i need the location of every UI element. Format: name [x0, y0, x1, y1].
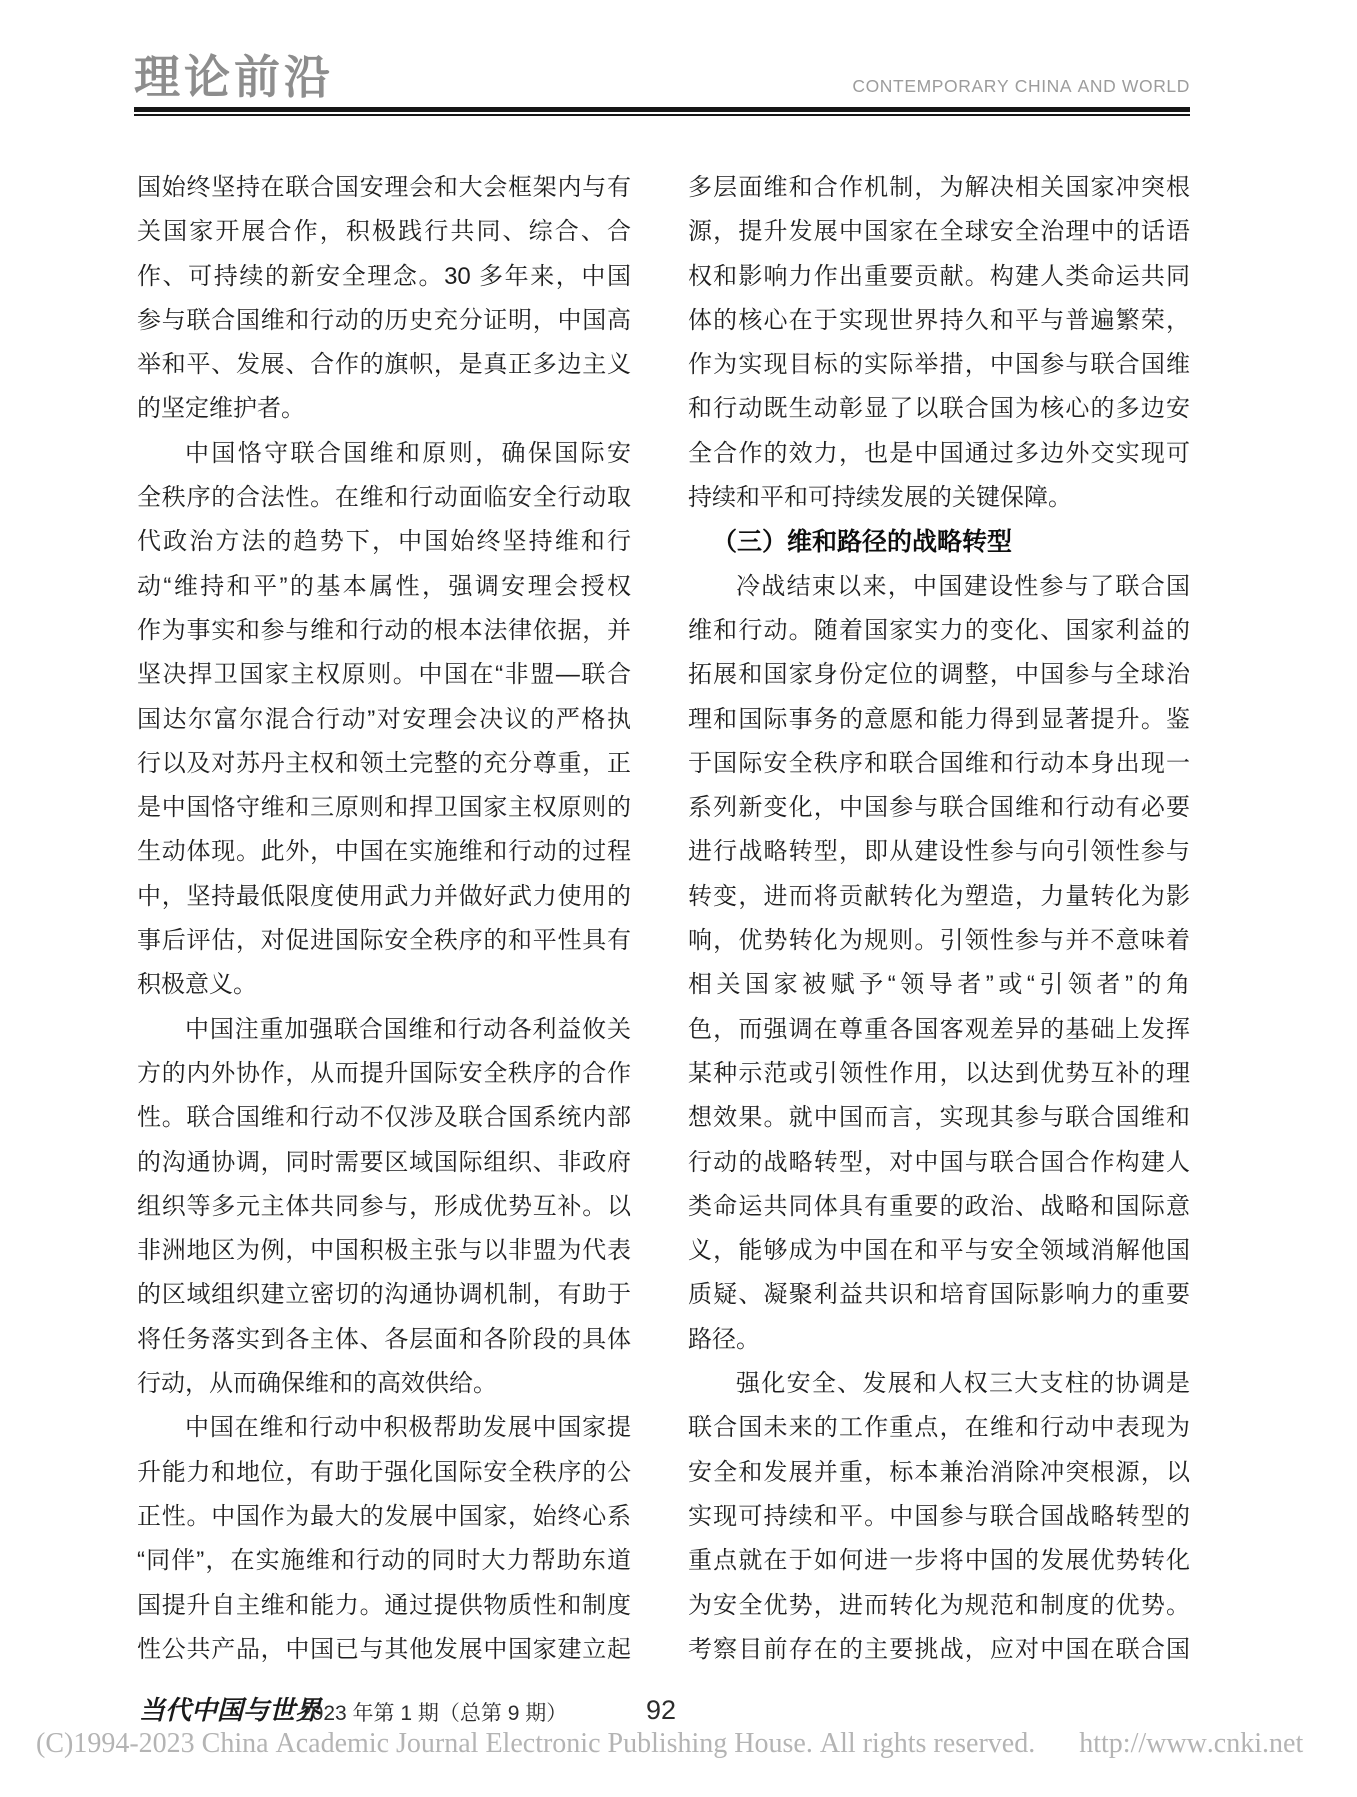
text-line: 的沟通协调，同时需要区域国际组织、非政府	[137, 1141, 631, 1185]
text-line: 拓展和国家身份定位的调整，中国参与全球治	[688, 653, 1190, 697]
text-line: 作为实现目标的实际举措，中国参与联合国维	[688, 343, 1190, 387]
text-line: 质疑、凝聚利益共识和培育国际影响力的重要	[688, 1273, 1190, 1317]
copyright-line: (C)1994-2023 China Academic Journal Elec…	[36, 1729, 1196, 1760]
header-rule-thick	[134, 107, 1190, 112]
text-line: 相关国家被赋予“领导者”或“引领者”的角	[688, 963, 1190, 1007]
text-line: 路径。	[688, 1318, 1190, 1362]
text-line: “同伴”，在实施维和行动的同时大力帮助东道	[137, 1539, 631, 1583]
text-line: 体的核心在于实现世界持久和平与普遍繁荣，	[688, 299, 1190, 343]
text-line: 的区域组织建立密切的沟通协调机制，有助于	[137, 1273, 631, 1317]
text-line: 某种示范或引领性作用，以达到优势互补的理	[688, 1052, 1190, 1096]
text-line: 类命运共同体具有重要的政治、战略和国际意	[688, 1185, 1190, 1229]
text-line: 组织等多元主体共同参与，形成优势互补。以	[137, 1185, 631, 1229]
text-line: 重点就在于如何进一步将中国的发展优势转化	[688, 1539, 1190, 1583]
text-line: 权和影响力作出重要贡献。构建人类命运共同	[688, 255, 1190, 299]
text-line: 参与联合国维和行动的历史充分证明，中国高	[137, 299, 631, 343]
text-line: 持续和平和可持续发展的关键保障。	[688, 476, 1190, 520]
text-line: 色，而强调在尊重各国客观差异的基础上发挥	[688, 1008, 1190, 1052]
text-line: 关国家开展合作，积极践行共同、综合、合	[137, 210, 631, 254]
text-line: 的坚定维护者。	[137, 387, 631, 431]
text-line: 性公共产品，中国已与其他发展中国家建立起	[137, 1628, 631, 1672]
text-line: 坚决捍卫国家主权原则。中国在“非盟—联合	[137, 653, 631, 697]
text-line: 作为事实和参与维和行动的根本法律依据，并	[137, 609, 631, 653]
text-line: 多层面维和合作机制，为解决相关国家冲突根	[688, 166, 1190, 210]
text-line: 性。联合国维和行动不仅涉及联合国系统内部	[137, 1096, 631, 1140]
section-title: 理论前沿	[134, 54, 334, 100]
text-line: 国始终坚持在联合国安理会和大会框架内与有	[137, 166, 631, 210]
text-line: 动“维持和平”的基本属性，强调安理会授权	[137, 565, 631, 609]
text-line: 是中国恪守维和三原则和捍卫国家主权原则的	[137, 786, 631, 830]
text-line: 中国在维和行动中积极帮助发展中国家提	[137, 1406, 631, 1450]
text-line: 举和平、发展、合作的旗帜，是真正多边主义	[137, 343, 631, 387]
text-line: 行动，从而确保维和的高效供给。	[137, 1362, 631, 1406]
text-line: 积极意义。	[137, 963, 631, 1007]
journal-name-cn: 当代中国与世界	[139, 1697, 321, 1726]
text-line: 响，优势转化为规则。引领性参与并不意味着	[688, 919, 1190, 963]
text-line: 行动的战略转型，对中国与联合国合作构建人	[688, 1141, 1190, 1185]
subsection-heading: （三）维和路径的战略转型	[688, 520, 1190, 564]
text-line: 中，坚持最低限度使用武力并做好武力使用的	[137, 875, 631, 919]
text-line: 转变，进而将贡献转化为塑造，力量转化为影	[688, 875, 1190, 919]
text-line: 国达尔富尔混合行动”对安理会决议的严格执	[137, 698, 631, 742]
header-rule	[134, 107, 1190, 116]
text-line: 维和行动。随着国家实力的变化、国家利益的	[688, 609, 1190, 653]
text-line: 源，提升发展中国家在全球安全治理中的话语	[688, 210, 1190, 254]
text-line: 方的内外协作，从而提升国际安全秩序的合作	[137, 1052, 631, 1096]
text-line: 全合作的效力，也是中国通过多边外交实现可	[688, 432, 1190, 476]
text-line: 代政治方法的趋势下，中国始终坚持维和行	[137, 520, 631, 564]
text-line: 想效果。就中国而言，实现其参与联合国维和	[688, 1096, 1190, 1140]
header-rule-thin	[134, 114, 1190, 116]
text-line: 和行动既生动彰显了以联合国为核心的多边安	[688, 387, 1190, 431]
text-column-left: 国始终坚持在联合国安理会和大会框架内与有关国家开展合作，积极践行共同、综合、合作…	[137, 166, 631, 1672]
text-line: 强化安全、发展和人权三大支柱的协调是	[688, 1362, 1190, 1406]
text-line: 系列新变化，中国参与联合国维和行动有必要	[688, 786, 1190, 830]
text-line: 正性。中国作为最大的发展中国家，始终心系	[137, 1495, 631, 1539]
text-line: 理和国际事务的意愿和能力得到显著提升。鉴	[688, 698, 1190, 742]
text-line: 全秩序的合法性。在维和行动面临安全行动取	[137, 476, 631, 520]
text-line: 非洲地区为例，中国积极主张与以非盟为代表	[137, 1229, 631, 1273]
text-line: 联合国未来的工作重点，在维和行动中表现为	[688, 1406, 1190, 1450]
text-line: 行以及对苏丹主权和领土完整的充分尊重，正	[137, 742, 631, 786]
text-line: 为安全优势，进而转化为规范和制度的优势。	[688, 1584, 1190, 1628]
cnki-url: http://www.cnki.net	[1079, 1729, 1303, 1760]
text-line: 义，能够成为中国在和平与安全领域消解他国	[688, 1229, 1190, 1273]
text-line: 实现可持续和平。中国参与联合国战略转型的	[688, 1495, 1190, 1539]
issue-info: 2023 年第 1 期（总第 9 期）	[300, 1702, 567, 1725]
text-line: 事后评估，对促进国际安全秩序的和平性具有	[137, 919, 631, 963]
journal-name-en: CONTEMPORARY CHINA AND WORLD	[852, 78, 1190, 96]
text-line: 安全和发展并重，标本兼治消除冲突根源，以	[688, 1451, 1190, 1495]
text-line: 作、可持续的新安全理念。30 多年来，中国	[137, 255, 631, 299]
text-line: 将任务落实到各主体、各层面和各阶段的具体	[137, 1318, 631, 1362]
text-line: 考察目前存在的主要挑战，应对中国在联合国	[688, 1628, 1190, 1672]
text-line: 中国注重加强联合国维和行动各利益攸关	[137, 1008, 631, 1052]
page-number: 92	[646, 1696, 676, 1726]
text-line: 国提升自主维和能力。通过提供物质性和制度	[137, 1584, 631, 1628]
text-line: 中国恪守联合国维和原则，确保国际安	[137, 432, 631, 476]
text-line: 生动体现。此外，中国在实施维和行动的过程	[137, 830, 631, 874]
copyright-text: (C)1994-2023 China Academic Journal Elec…	[36, 1729, 1035, 1760]
text-line: 于国际安全秩序和联合国维和行动本身出现一	[688, 742, 1190, 786]
text-column-right: 多层面维和合作机制，为解决相关国家冲突根源，提升发展中国家在全球安全治理中的话语…	[688, 166, 1190, 1672]
text-line: 进行战略转型，即从建设性参与向引领性参与	[688, 830, 1190, 874]
text-line: 升能力和地位，有助于强化国际安全秩序的公	[137, 1451, 631, 1495]
text-line: 冷战结束以来，中国建设性参与了联合国	[688, 565, 1190, 609]
